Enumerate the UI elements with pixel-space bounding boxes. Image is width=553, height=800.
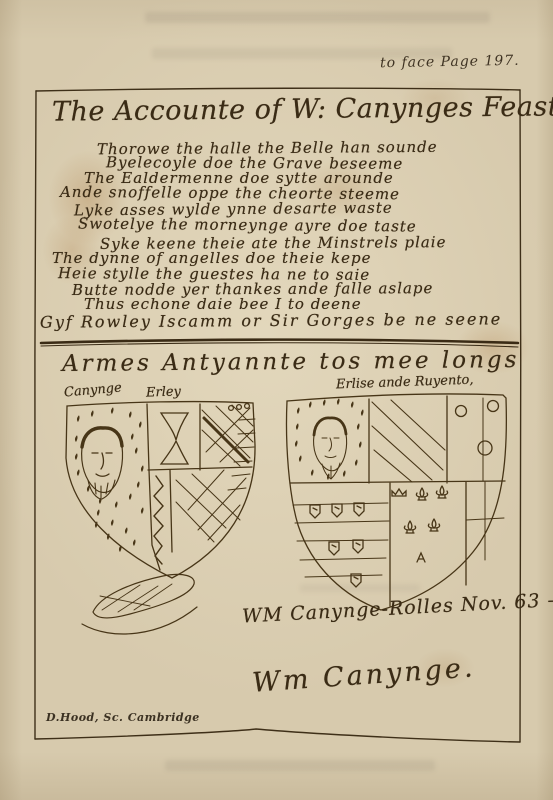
- poem-line: Gyf Rowley Iscamm or Sir Gorges be ne se…: [40, 309, 502, 331]
- section-divider: [41, 340, 518, 347]
- right-shield-label: Erlise ande Ruyento,: [336, 373, 474, 393]
- rolls-note: WM Canynge-Rolles Nov. 63 —: [242, 588, 553, 627]
- show-through-text: [145, 12, 490, 23]
- left-shield-label-erley: Erley: [146, 384, 181, 400]
- ermine-drops: [75, 407, 144, 552]
- canynge-signature: Wm Canynge.: [251, 652, 476, 699]
- poem-line: Swotelye the morneynge ayre doe taste: [78, 215, 417, 236]
- scanned-plate-page: to face Page 197. The Accounte of W: Can…: [0, 0, 553, 800]
- ermine-drops: [295, 398, 364, 480]
- right-shield-drawing: [286, 394, 506, 610]
- left-shield-drawing: [66, 402, 255, 578]
- left-shield-label-canynge: Canynge: [63, 381, 122, 401]
- show-through-text: [300, 584, 420, 592]
- manuscript-title: The Accounte of W: Canynges Feast: [52, 91, 553, 127]
- show-through-text: [165, 760, 435, 771]
- sledge-drawing: [82, 574, 197, 634]
- plate-caption: to face Page 197.: [380, 53, 520, 71]
- engraver-credit: D.Hood, Sc. Cambridge: [46, 711, 200, 724]
